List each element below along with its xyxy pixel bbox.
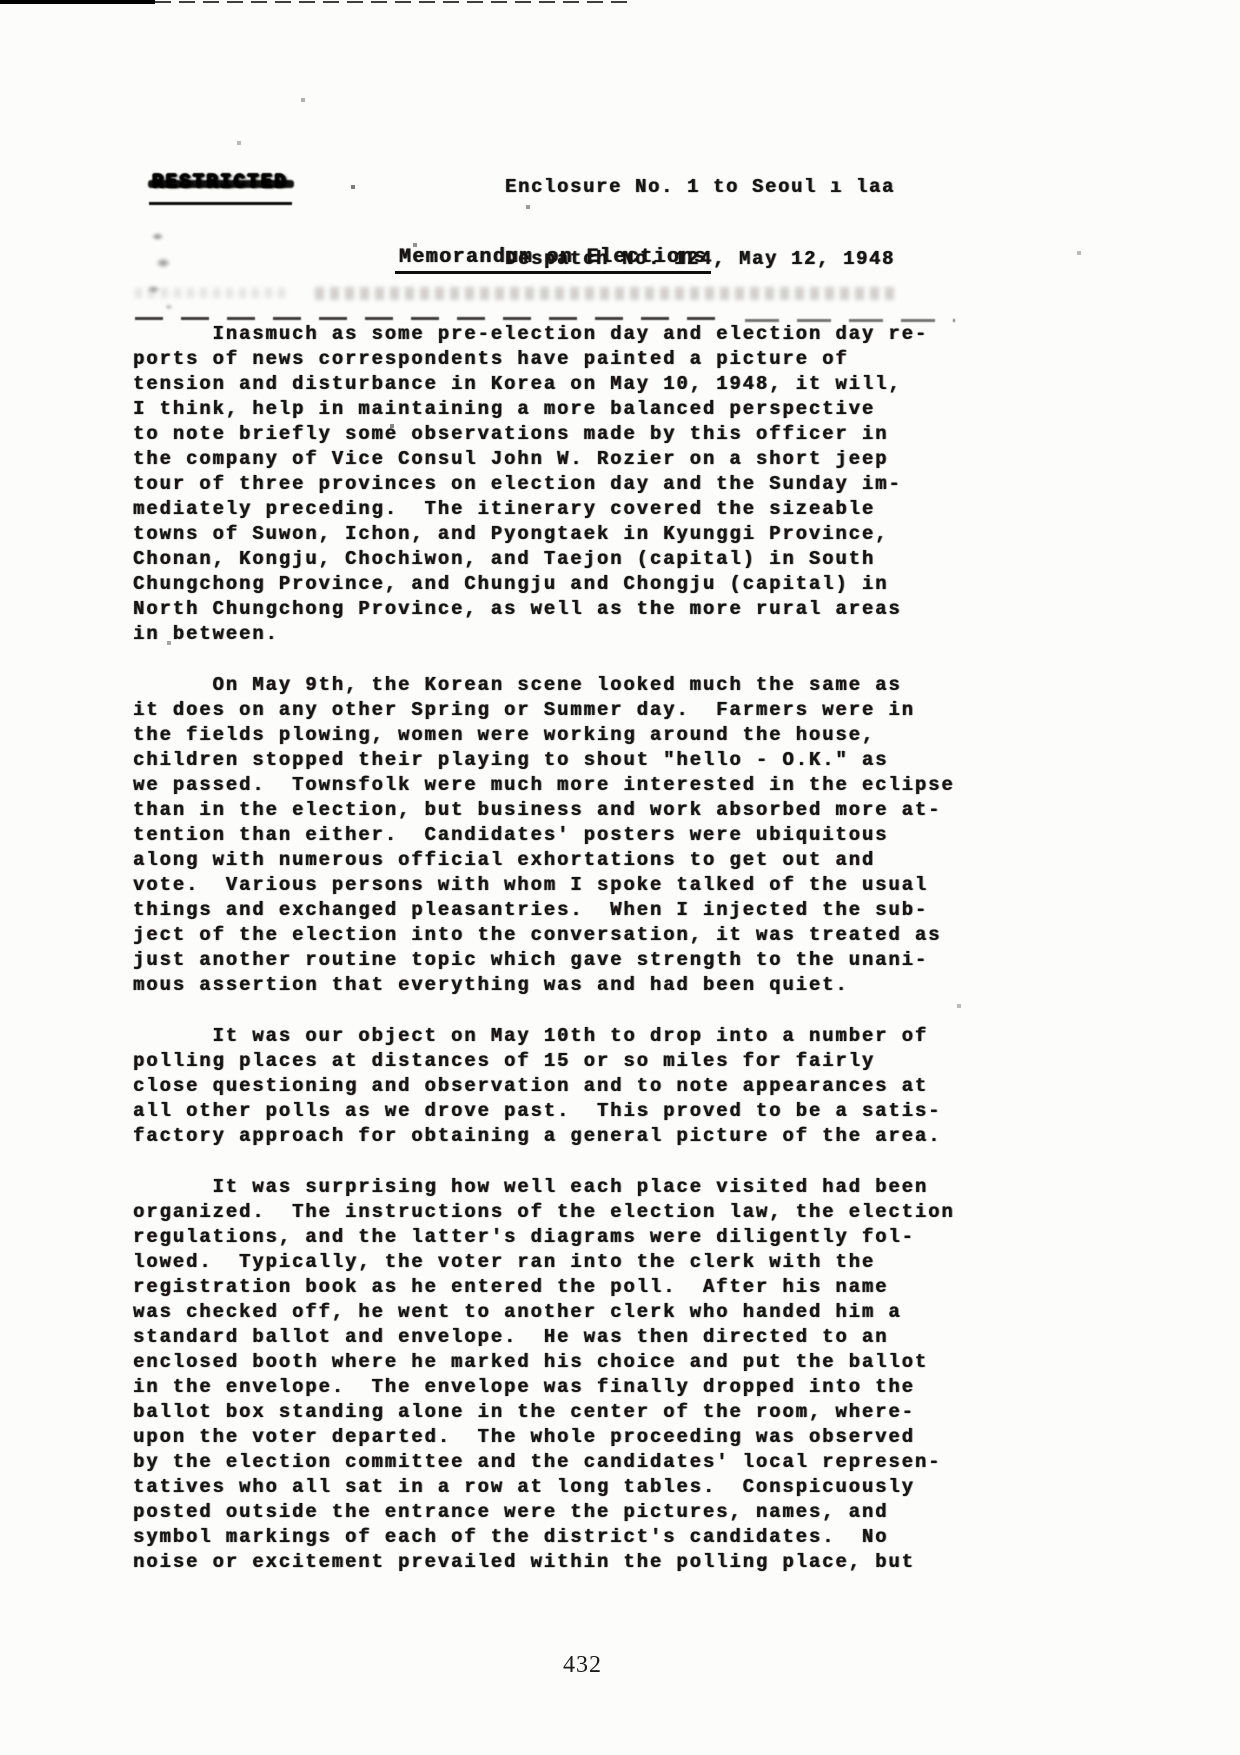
scanned-document-page: Enclosure No. 1 to Seoul ı laa Despatch … xyxy=(0,0,1240,1755)
smudged-text-artifact xyxy=(315,287,895,300)
classification-stamp: RESTRICTED xyxy=(152,171,288,201)
document-title: Memorandum on Elections xyxy=(395,246,711,274)
overstrike-dash-artifact xyxy=(135,317,725,320)
smudged-text-artifact-left xyxy=(135,288,285,298)
page-number: 432 xyxy=(0,1652,1165,1679)
paragraph-3: It was our object on May 10th to drop in… xyxy=(133,1024,983,1149)
document-title-row: Memorandum on Elections xyxy=(133,246,973,274)
paragraph-2: On May 9th, the Korean scene looked much… xyxy=(133,673,983,998)
scan-edge-artifact xyxy=(0,0,640,4)
document-body: Inasmuch as some pre-election day and el… xyxy=(133,322,983,1601)
enclosure-line: Enclosure No. 1 to Seoul ı laa xyxy=(505,175,895,199)
stamp-underline-mark xyxy=(149,202,292,205)
paragraph-4: It was surprising how well each place vi… xyxy=(133,1175,983,1575)
paragraph-1: Inasmuch as some pre-election day and el… xyxy=(133,322,983,647)
scan-noise-specks xyxy=(0,0,2,2)
stamp-strikeout-mark xyxy=(148,180,294,188)
